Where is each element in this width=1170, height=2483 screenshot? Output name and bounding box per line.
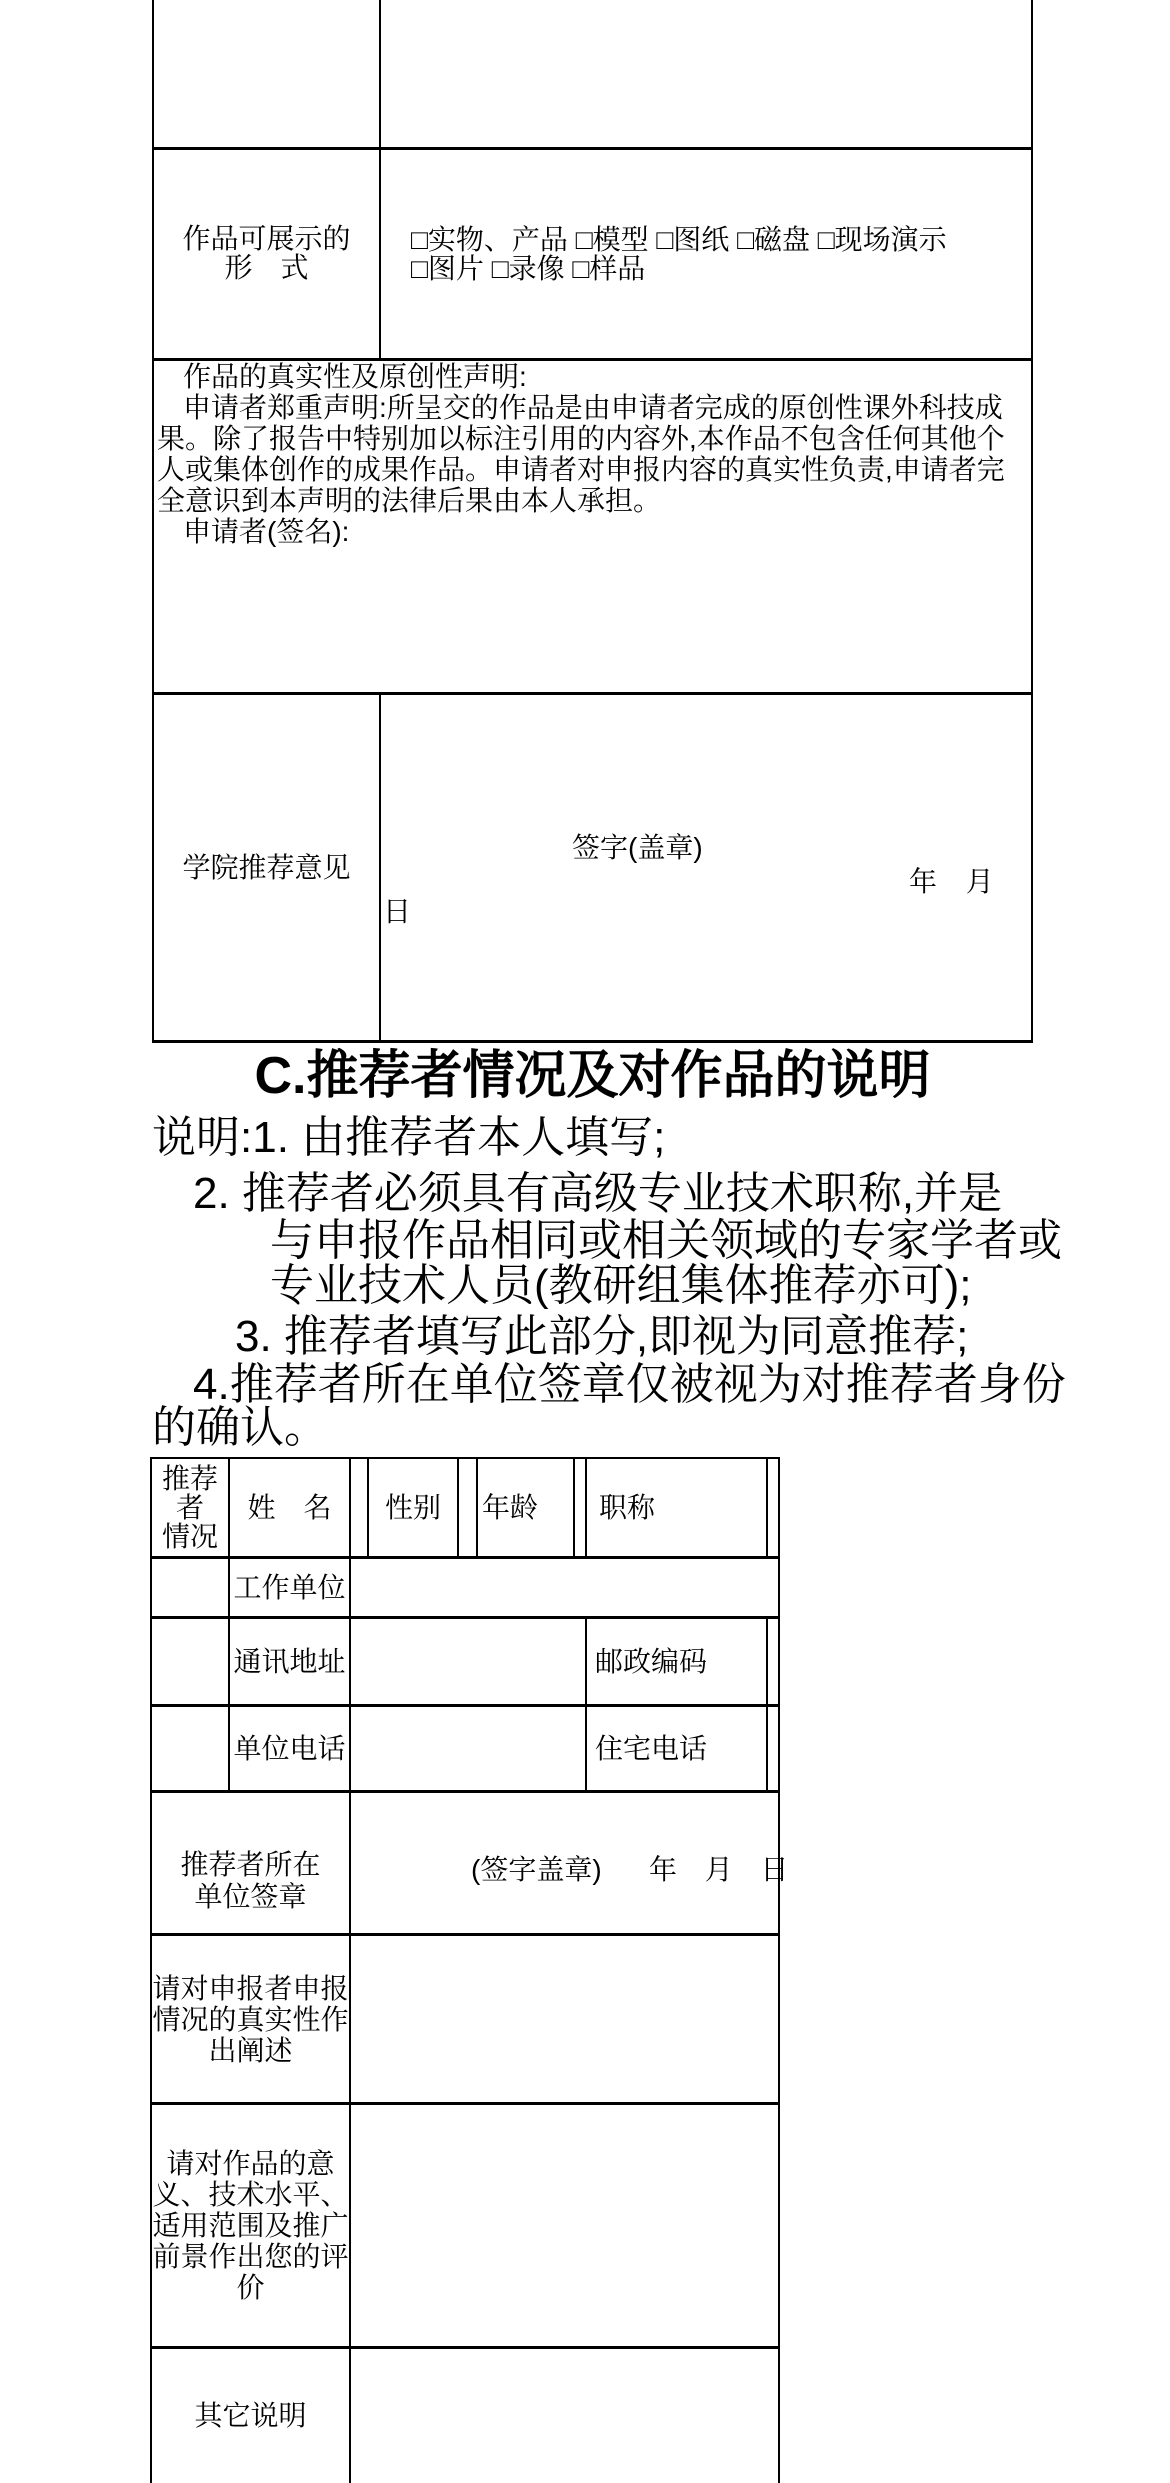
- top-partial-left-cell: [154, 0, 379, 147]
- grid-line: [1031, 0, 1033, 1043]
- unit-seal-label: 推荐者所在 单位签章: [152, 1793, 349, 1933]
- seal-date-hint: 年 月 日: [649, 1855, 789, 1885]
- declaration-text-line: 人或集体创作的成果作品。申请者对申报内容的真实性负责,申请者完: [157, 454, 1029, 485]
- unit-seal-area[interactable]: (签字盖章) 年 月 日: [351, 1793, 778, 1933]
- grid-line: [778, 1457, 780, 2483]
- year-month-hint: 年 月: [909, 867, 994, 897]
- section-c-note: 说明:1. 由推荐者本人填写;: [152, 1113, 665, 1162]
- other-notes-label: 其它说明: [152, 2349, 349, 2483]
- top-partial-right-cell[interactable]: [381, 0, 1031, 147]
- job-title-fill-cell[interactable]: [768, 1459, 778, 1556]
- form-page: 作品可展示的 形 式 □实物、产品 □模型 □图纸 □磁盘 □现场演示 □图片 …: [0, 0, 1170, 2483]
- grid-line: [152, 1040, 1033, 1043]
- declaration-text-line: 全意识到本声明的法律后果由本人承担。: [157, 485, 1029, 516]
- work-unit-fill-cell[interactable]: [351, 1559, 778, 1616]
- other-notes-fill-cell[interactable]: [351, 2349, 778, 2483]
- postcode-label: 邮政编码: [587, 1619, 774, 1704]
- evaluation-label: 请对作品的意 义、技术水平、 适用范围及推广 前景作出您的评 价: [152, 2105, 349, 2346]
- recommender-section-label: 推荐 者 情况: [152, 1459, 228, 1556]
- section-c-note: 3. 推荐者填写此部分,即视为同意推荐;: [235, 1312, 968, 1361]
- section-c-note: 的确认。: [152, 1403, 328, 1452]
- section-c-note: 4.推荐者所在单位签章仅被视为对推荐者身份: [193, 1360, 1066, 1409]
- section-c-note: 专业技术人员(教研组集体推荐亦可);: [270, 1261, 972, 1310]
- college-recommendation-area[interactable]: 签字(盖章) 年 月 日: [381, 695, 1031, 1040]
- header-name-label: 姓 名: [230, 1459, 349, 1556]
- declaration-block: 作品的真实性及原创性声明: 申请者郑重声明:所呈交的作品是由申请者完成的原创性课…: [157, 361, 1029, 547]
- display-form-options[interactable]: □实物、产品 □模型 □图纸 □磁盘 □现场演示 □图片 □录像 □样品: [411, 225, 947, 283]
- header-age-label: 年龄: [478, 1459, 577, 1556]
- declaration-text-line: 果。除了报告中特别加以标注引用的内容外,本作品不包含任何其他个: [157, 423, 1029, 454]
- work-unit-label: 工作单位: [230, 1559, 349, 1616]
- seal-sign-hint: (签字盖章): [471, 1855, 602, 1885]
- gender-fill-cell[interactable]: [459, 1459, 476, 1556]
- day-hint: 日: [383, 897, 411, 927]
- office-phone-label: 单位电话: [230, 1707, 349, 1790]
- name-fill-cell[interactable]: [351, 1459, 367, 1556]
- declaration-text-line: 申请者郑重声明:所呈交的作品是由申请者完成的原创性课外科技成: [157, 392, 1029, 423]
- declaration-title: 作品的真实性及原创性声明:: [157, 361, 1029, 392]
- section-c-note: 2. 推荐者必须具有高级专业技术职称,并是: [193, 1169, 1002, 1218]
- header-job-title-label: 职称: [587, 1459, 778, 1556]
- age-fill-cell[interactable]: [575, 1459, 585, 1556]
- college-recommendation-label: 学院推荐意见: [154, 695, 379, 1040]
- office-phone-fill-cell[interactable]: [351, 1707, 585, 1790]
- section-c-title: C.推荐者情况及对作品的说明: [152, 1046, 1033, 1106]
- display-form-label: 作品可展示的 形 式: [154, 147, 379, 358]
- applicant-signature-label: 申请者(签名):: [157, 516, 1029, 547]
- section-c-note: 与申报作品相同或相关领域的专家学者或: [270, 1216, 1062, 1265]
- postcode-fill-cell[interactable]: [768, 1619, 778, 1704]
- sign-seal-hint: 签字(盖章): [572, 833, 703, 863]
- evaluation-fill-cell[interactable]: [351, 2105, 778, 2346]
- header-gender-label: 性别: [369, 1459, 457, 1556]
- authenticity-label: 请对申报者申报 情况的真实性作 出阐述: [152, 1936, 349, 2102]
- address-fill-cell[interactable]: [351, 1619, 585, 1704]
- home-phone-fill-cell[interactable]: [768, 1707, 778, 1790]
- authenticity-fill-cell[interactable]: [351, 1936, 778, 2102]
- address-label: 通讯地址: [230, 1619, 349, 1704]
- home-phone-label: 住宅电话: [587, 1707, 774, 1790]
